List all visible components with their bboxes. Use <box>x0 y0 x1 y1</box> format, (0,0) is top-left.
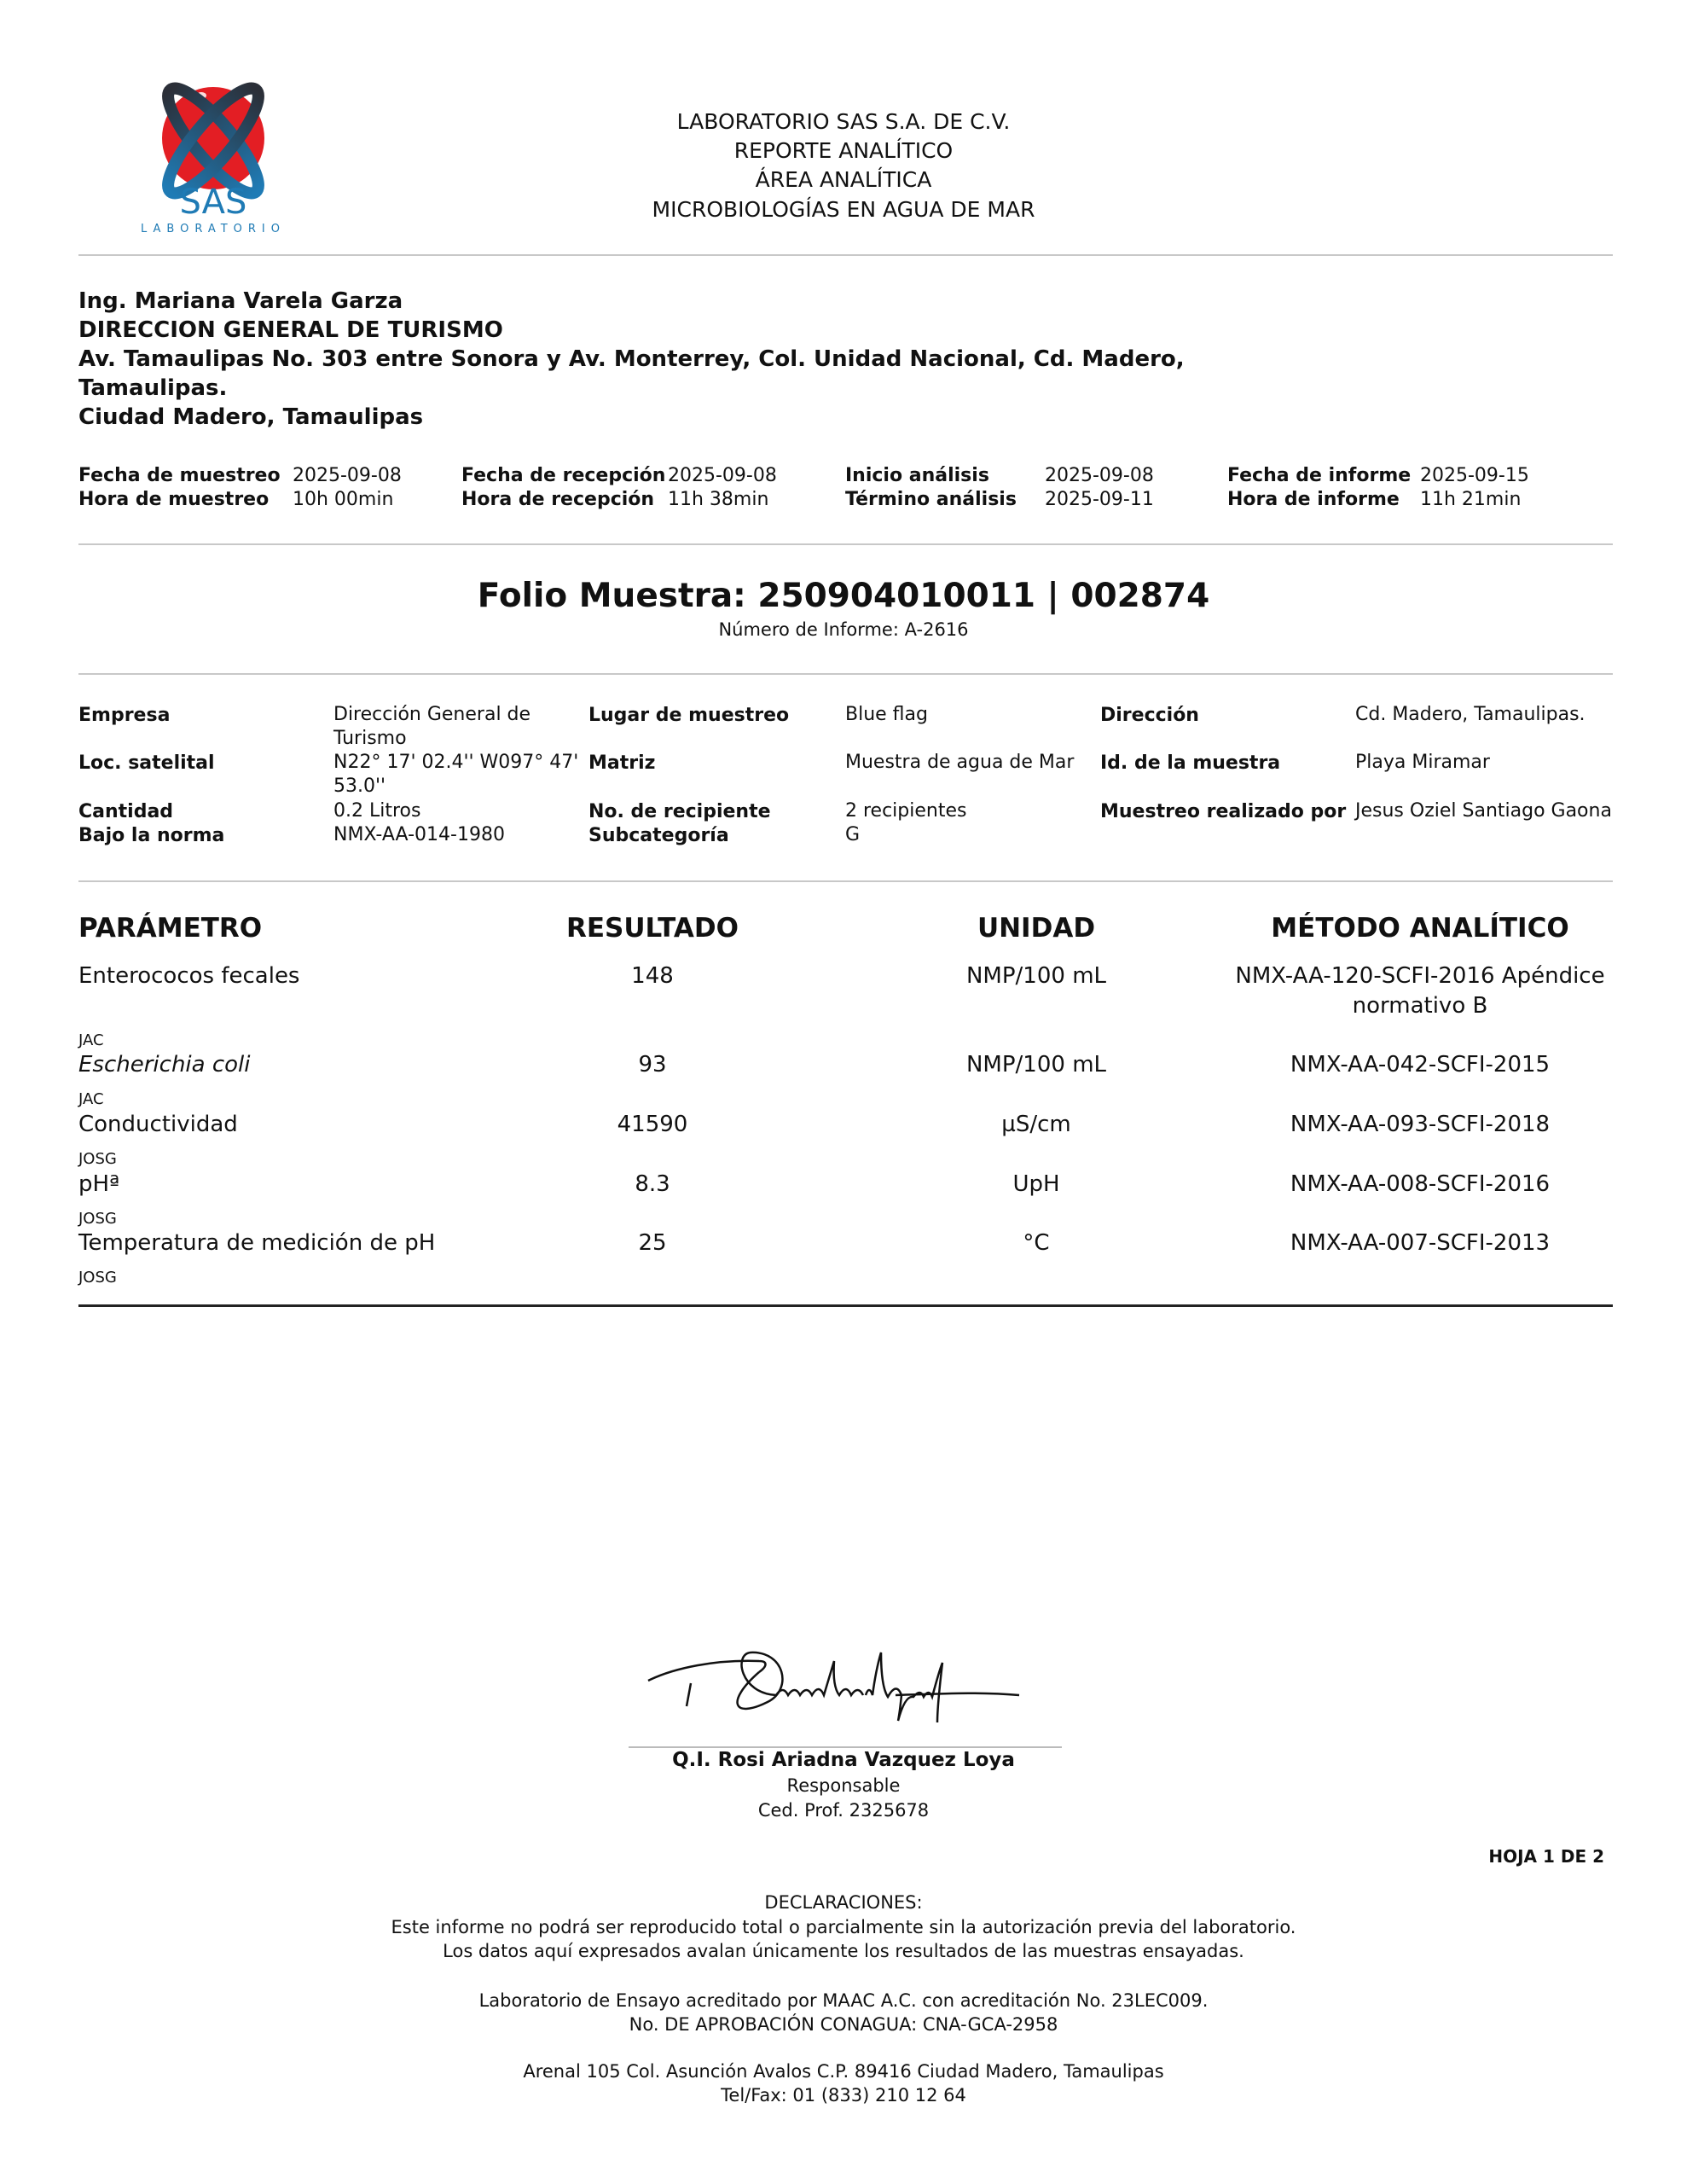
divider <box>78 543 1613 545</box>
method-cell: NMX-AA-042-SCFI-2015 <box>1207 1052 1633 1077</box>
client-address-line1: Av. Tamaulipas No. 303 entre Sonora y Av… <box>78 345 1185 374</box>
date-value: 11h 21min <box>1420 489 1521 510</box>
date-value: 2025-09-08 <box>668 465 777 486</box>
lab-name: LABORATORIO SAS S.A. DE C.V. <box>0 109 1687 135</box>
info-value: Muestra de agua de Mar <box>845 751 1093 775</box>
divider <box>78 254 1613 256</box>
declaration-line: Los datos aquí expresados avalan únicame… <box>0 1939 1687 1963</box>
info-label: Cantidad <box>78 801 173 822</box>
accreditation: Laboratorio de Ensayo acreditado por MAA… <box>0 1989 1687 2013</box>
info-label: Bajo la norma <box>78 825 224 846</box>
date-value: 2025-09-11 <box>1045 489 1154 510</box>
unit-cell: UpH <box>866 1171 1207 1197</box>
date-label: Inicio análisis <box>845 465 989 486</box>
date-label: Hora de informe <box>1227 489 1400 510</box>
date-value: 2025-09-08 <box>293 465 402 486</box>
column-header-result: RESULTADO <box>482 913 823 944</box>
info-value: 2 recipientes <box>845 799 1093 823</box>
folio-title: Folio Muestra: 250904010011 | 002874 <box>0 577 1687 615</box>
page-number: HOJA 1 DE 2 <box>1488 1846 1604 1867</box>
method-cell: NMX-AA-008-SCFI-2016 <box>1207 1171 1633 1197</box>
info-label: Muestreo realizado por <box>1100 801 1346 822</box>
info-value: 0.2 Litros <box>333 799 581 823</box>
column-header-parameter: PARÁMETRO <box>78 913 262 944</box>
analyst-initials: JAC <box>78 1031 104 1049</box>
info-value: Blue flag <box>845 703 1093 727</box>
conagua-approval: No. DE APROBACIÓN CONAGUA: CNA-GCA-2958 <box>0 2013 1687 2036</box>
info-label: Subcategoría <box>588 825 729 846</box>
date-value: 11h 38min <box>668 489 768 510</box>
date-value: 2025-09-08 <box>1045 465 1154 486</box>
parameter-cell: pHª <box>78 1171 119 1197</box>
info-value: Jesus Oziel Santiago Gaona <box>1355 799 1628 823</box>
table-bottom-rule <box>78 1304 1613 1307</box>
result-cell: 8.3 <box>482 1171 823 1197</box>
info-label: Matriz <box>588 752 655 774</box>
client-organization: DIRECCION GENERAL DE TURISMO <box>78 316 503 345</box>
info-label: Empresa <box>78 705 170 726</box>
handwritten-signature-icon <box>640 1642 1032 1736</box>
lab-phone: Tel/Fax: 01 (833) 210 12 64 <box>0 2083 1687 2107</box>
info-value: Dirección General de Turismo <box>333 703 581 751</box>
unit-cell: NMP/100 mL <box>866 963 1207 989</box>
date-value: 2025-09-15 <box>1420 465 1529 486</box>
info-label: No. de recipiente <box>588 801 771 822</box>
date-label: Fecha de muestreo <box>78 465 281 486</box>
analyst-initials: JAC <box>78 1090 104 1108</box>
report-number: Número de Informe: A-2616 <box>0 619 1687 640</box>
info-value: NMX-AA-014-1980 <box>333 823 581 847</box>
date-label: Fecha de recepción <box>461 465 665 486</box>
date-value: 10h 00min <box>293 489 393 510</box>
info-label: Dirección <box>1100 705 1199 726</box>
result-cell: 148 <box>482 963 823 989</box>
divider <box>78 673 1613 675</box>
result-cell: 93 <box>482 1052 823 1077</box>
info-value: N22° 17' 02.4'' W097° 47' 53.0'' <box>333 751 581 799</box>
unit-cell: µS/cm <box>866 1112 1207 1137</box>
method-cell: NMX-AA-007-SCFI-2013 <box>1207 1230 1633 1256</box>
date-label: Término análisis <box>845 489 1017 510</box>
logo-subtext: LABORATORIO <box>141 223 286 235</box>
divider <box>78 880 1613 882</box>
info-value: G <box>845 823 1093 847</box>
info-value: Cd. Madero, Tamaulipas. <box>1355 703 1628 727</box>
analyst-initials: JOSG <box>78 1269 117 1287</box>
column-header-method: MÉTODO ANALÍTICO <box>1207 913 1633 944</box>
signature-line <box>629 1746 1062 1748</box>
signer-name: Q.I. Rosi Ariadna Vazquez Loya <box>502 1749 1185 1771</box>
method-cell: NMX-AA-093-SCFI-2018 <box>1207 1112 1633 1137</box>
info-label: Loc. satelital <box>78 752 215 774</box>
unit-cell: NMP/100 mL <box>866 1052 1207 1077</box>
analyst-initials: JOSG <box>78 1150 117 1168</box>
info-label: Id. de la muestra <box>1100 752 1280 774</box>
client-city: Ciudad Madero, Tamaulipas <box>78 403 423 432</box>
date-label: Hora de muestreo <box>78 489 269 510</box>
date-label: Fecha de informe <box>1227 465 1411 486</box>
signature-image <box>640 1642 1032 1736</box>
declarations-title: DECLARACIONES: <box>0 1891 1687 1914</box>
result-cell: 25 <box>482 1230 823 1256</box>
parameter-cell: Conductividad <box>78 1112 238 1137</box>
client-name: Ing. Mariana Varela Garza <box>78 287 403 316</box>
parameter-cell: Enterococos fecales <box>78 963 299 989</box>
method-cell-continued: normativo B <box>1207 993 1633 1019</box>
unit-cell: °C <box>866 1230 1207 1256</box>
lab-address: Arenal 105 Col. Asunción Avalos C.P. 894… <box>0 2059 1687 2083</box>
subarea: MICROBIOLOGÍAS EN AGUA DE MAR <box>0 197 1687 223</box>
date-label: Hora de recepción <box>461 489 654 510</box>
method-cell: NMX-AA-120-SCFI-2016 Apéndice <box>1207 963 1633 989</box>
info-label: Lugar de muestreo <box>588 705 789 726</box>
report-type: REPORTE ANALÍTICO <box>0 138 1687 164</box>
column-header-unit: UNIDAD <box>866 913 1207 944</box>
result-cell: 41590 <box>482 1112 823 1137</box>
signer-role: Responsable <box>502 1775 1185 1796</box>
analyst-initials: JOSG <box>78 1210 117 1228</box>
area: ÁREA ANALÍTICA <box>0 167 1687 193</box>
signer-license: Ced. Prof. 2325678 <box>502 1800 1185 1821</box>
parameter-cell: Escherichia coli <box>78 1052 251 1077</box>
client-address-line2: Tamaulipas. <box>78 374 227 403</box>
parameter-cell: Temperatura de medición de pH <box>78 1230 435 1256</box>
info-value: Playa Miramar <box>1355 751 1628 775</box>
declaration-line: Este informe no podrá ser reproducido to… <box>0 1915 1687 1939</box>
